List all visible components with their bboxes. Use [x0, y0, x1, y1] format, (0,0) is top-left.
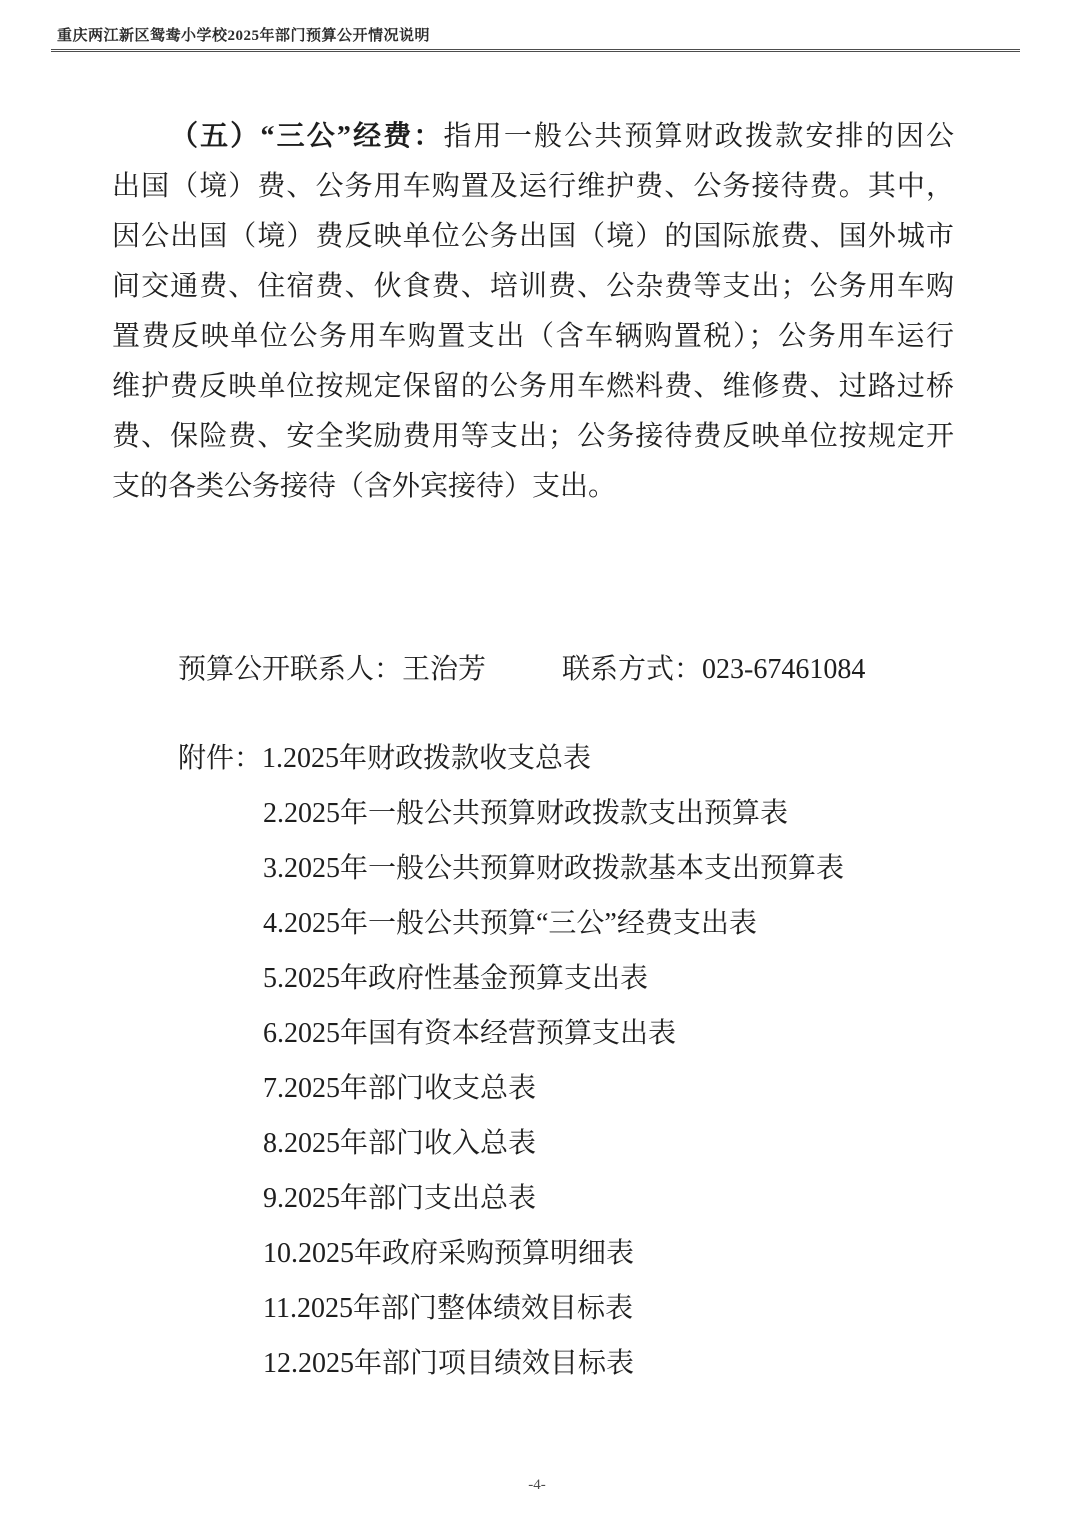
- contact-person: 预算公开联系人：王治芳: [178, 654, 486, 685]
- attachment-item-8: 8.2025年部门收入总表: [178, 1125, 978, 1180]
- attachment-item-6: 6.2025年国有资本经营预算支出表: [178, 1015, 978, 1070]
- attachment-item-12: 12.2025年部门项目绩效目标表: [178, 1345, 978, 1400]
- attachment-item-11: 11.2025年部门整体绩效目标表: [178, 1290, 978, 1345]
- attachment-item-7: 7.2025年部门收支总表: [178, 1070, 978, 1125]
- paragraph-line-8: 支的各类公务接待（含外宾接待）支出。: [112, 462, 954, 512]
- paragraph-line-3: 因公出国（境）费反映单位公务出国（境）的国际旅费、国外城市: [112, 212, 954, 262]
- attachment-item-4: 4.2025年一般公共预算“三公”经费支出表: [178, 905, 978, 960]
- paragraph-lead-bold: （五）“三公”经费：: [170, 121, 444, 152]
- paragraph-line-2: 出国（境）费、公务用车购置及运行维护费、公务接待费。其中，: [112, 162, 954, 212]
- header-rule: [51, 49, 1020, 52]
- san-gong-paragraph: （五）“三公”经费：指用一般公共预算财政拨款安排的因公 出国（境）费、公务用车购…: [112, 112, 954, 512]
- page-header: 重庆两江新区鸳鸯小学校2025年部门预算公开情况说明: [51, 27, 1020, 52]
- attachments-list: 附件：1.2025年财政拨款收支总表 2.2025年一般公共预算财政拨款支出预算…: [178, 740, 978, 1400]
- attachment-item-2: 2.2025年一般公共预算财政拨款支出预算表: [178, 795, 978, 850]
- paragraph-line-6: 维护费反映单位按规定保留的公务用车燃料费、维修费、过路过桥: [112, 362, 954, 412]
- paragraph-line-1: （五）“三公”经费：指用一般公共预算财政拨款安排的因公: [112, 112, 954, 162]
- page-number: -4-: [528, 1477, 546, 1493]
- attachment-item-9: 9.2025年部门支出总表: [178, 1180, 978, 1235]
- paragraph-line-5: 置费反映单位公务用车购置支出（含车辆购置税）；公务用车运行: [112, 312, 954, 362]
- attachment-item-5: 5.2025年政府性基金预算支出表: [178, 960, 978, 1015]
- attachment-item-10: 10.2025年政府采购预算明细表: [178, 1235, 978, 1290]
- attachment-item-3: 3.2025年一般公共预算财政拨款基本支出预算表: [178, 850, 978, 905]
- attachment-item-1: 1.2025年财政拨款收支总表: [262, 743, 591, 774]
- contact-line: 预算公开联系人：王治芳联系方式：023-67461084: [178, 650, 865, 690]
- page-footer: -4-: [0, 1477, 1074, 1494]
- paragraph-line-4: 间交通费、住宿费、伙食费、培训费、公杂费等支出；公务用车购: [112, 262, 954, 312]
- header-title: 重庆两江新区鸳鸯小学校2025年部门预算公开情况说明: [51, 27, 1020, 45]
- paragraph-line-7: 费、保险费、安全奖励费用等支出；公务接待费反映单位按规定开: [112, 412, 954, 462]
- attachment-row-1: 附件：1.2025年财政拨款收支总表: [178, 740, 978, 795]
- document-page: 重庆两江新区鸳鸯小学校2025年部门预算公开情况说明 （五）“三公”经费：指用一…: [0, 0, 1074, 1520]
- contact-phone: 联系方式：023-67461084: [562, 654, 865, 685]
- attachments-label: 附件：: [178, 743, 262, 774]
- paragraph-line-1-text: 指用一般公共预算财政拨款安排的因公: [444, 121, 954, 152]
